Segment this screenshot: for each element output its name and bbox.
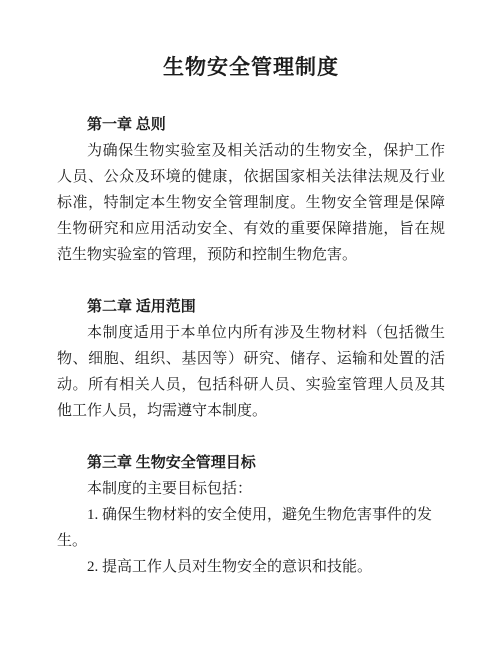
section-chapter-3: 第三章 生物安全管理目标 本制度的主要目标包括： 1. 确保生物材料的安全使用，… — [57, 450, 445, 580]
paragraph-goals-intro: 本制度的主要目标包括： — [57, 476, 445, 502]
section-heading: 第一章 总则 — [57, 112, 445, 138]
section-heading: 第三章 生物安全管理目标 — [57, 450, 445, 476]
document-title: 生物安全管理制度 — [57, 52, 445, 82]
document-page: 生物安全管理制度 第一章 总则 为确保生物实验室及相关活动的生物安全，保护工作人… — [0, 0, 500, 647]
section-heading: 第二章 适用范围 — [57, 294, 445, 320]
paragraph: 为确保生物实验室及相关活动的生物安全，保护工作人员、公众及环境的健康，依据国家相… — [57, 138, 445, 268]
list-item-goal-2: 2. 提高工作人员对生物安全的意识和技能。 — [57, 554, 445, 580]
list-item-goal-1: 1. 确保生物材料的安全使用，避免生物危害事件的发生。 — [57, 502, 445, 554]
section-chapter-1: 第一章 总则 为确保生物实验室及相关活动的生物安全，保护工作人员、公众及环境的健… — [57, 112, 445, 268]
section-chapter-2: 第二章 适用范围 本制度适用于本单位内所有涉及生物材料（包括微生物、细胞、组织、… — [57, 294, 445, 424]
paragraph: 本制度适用于本单位内所有涉及生物材料（包括微生物、细胞、组织、基因等）研究、储存… — [57, 320, 445, 424]
